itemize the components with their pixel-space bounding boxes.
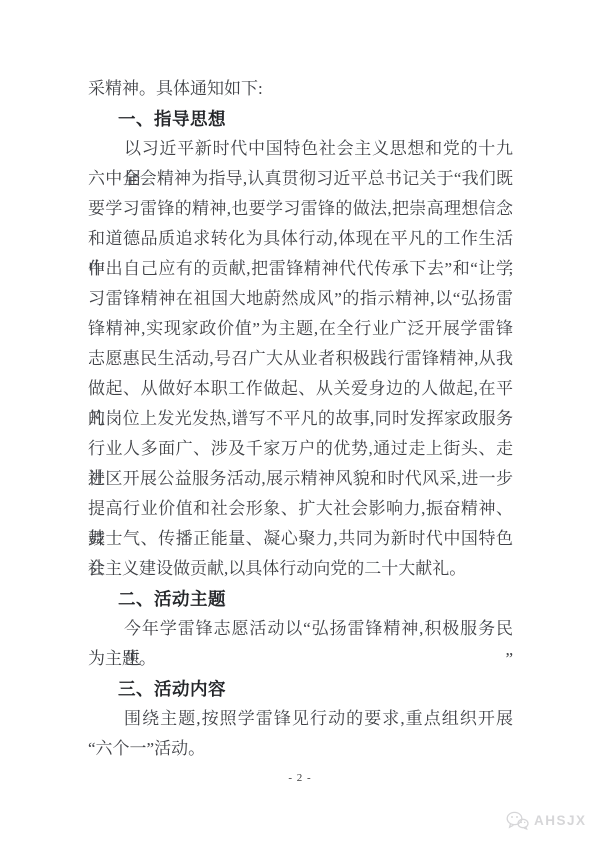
text-line: 六中全会精神为指导,认真贯彻习近平总书记关于“我们既 (88, 164, 513, 194)
text-line: 做起、从做好本职工作做起、从关爱身边的人做起,在平凡 (88, 374, 513, 404)
watermark-text: AHSJX (534, 813, 587, 828)
text-line: 作出自己应有的贡献,把雷锋精神代代传承下去”和“让学 (88, 254, 513, 284)
wechat-icon (505, 810, 530, 831)
text-line: 会主义建设做贡献,以具体行动向党的二十大献礼。 (88, 554, 513, 584)
text-line: 和道德品质追求转化为具体行动,体现在平凡的工作生活中, (88, 224, 513, 254)
text-line: 采精神。具体通知如下: (88, 74, 513, 104)
text-line: 志愿惠民生活动,号召广大从业者积极践行雷锋精神,从我 (88, 344, 513, 374)
text-line: 习雷锋精神在祖国大地蔚然成风”的指示精神,以“弘扬雷 (88, 284, 513, 314)
watermark: AHSJX (505, 810, 587, 831)
text-line: 提高行业价值和社会形象、扩大社会影响力,振奋精神、鼓 (88, 494, 513, 524)
document-page: 采精神。具体通知如下:一、指导思想以习近平新时代中国特色社会主义思想和党的十九届… (0, 0, 600, 847)
text-line: 社区开展公益服务活动,展示精神风貌和时代风采,进一步 (88, 464, 513, 494)
text-line: 今年学雷锋志愿活动以“弘扬雷锋精神,积极服务民生” (88, 614, 513, 644)
text-line: 行业人多面广、涉及千家万户的优势,通过走上街头、走进 (88, 434, 513, 464)
text-line: 围绕主题,按照学雷锋见行动的要求,重点组织开展 (88, 704, 513, 734)
text-line: “六个一”活动。 (88, 734, 513, 764)
text-line: 以习近平新时代中国特色社会主义思想和党的十九届 (88, 134, 513, 164)
section-heading: 一、指导思想 (88, 104, 513, 134)
text-line: 舞士气、传播正能量、凝心聚力,共同为新时代中国特色社 (88, 524, 513, 554)
section-heading: 二、活动主题 (88, 584, 513, 614)
text-line: 要学习雷锋的精神,也要学习雷锋的做法,把崇高理想信念 (88, 194, 513, 224)
text-line: 锋精神,实现家政价值”为主题,在全行业广泛开展学雷锋 (88, 314, 513, 344)
text-line: 的岗位上发光发热,谱写不平凡的故事,同时发挥家政服务 (88, 404, 513, 434)
page-number: - 2 - (0, 772, 600, 784)
document-body: 采精神。具体通知如下:一、指导思想以习近平新时代中国特色社会主义思想和党的十九届… (88, 74, 513, 764)
section-heading: 三、活动内容 (88, 674, 513, 704)
